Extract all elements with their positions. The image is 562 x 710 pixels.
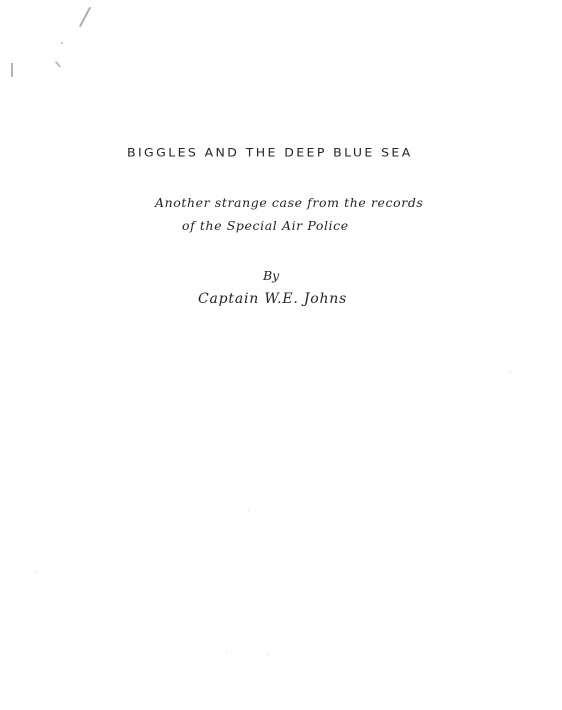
scan-speck: [226, 651, 227, 652]
scan-artifact-mark: [55, 61, 61, 67]
manuscript-page: BIGGLES AND THE DEEP BLUE SEA Another st…: [0, 0, 562, 710]
manuscript-title: BIGGLES AND THE DEEP BLUE SEA: [127, 145, 413, 159]
scan-speck: [248, 510, 249, 511]
author-name: Captain W.E. Johns: [198, 291, 347, 307]
scan-artifact-mark: [79, 7, 91, 27]
scan-speck: [36, 572, 37, 573]
scan-artifact-mark: [61, 42, 63, 44]
scan-speck: [510, 372, 511, 373]
manuscript-subtitle-line-1: Another strange case from the records: [155, 195, 423, 210]
scan-artifact-mark: [11, 63, 13, 77]
manuscript-subtitle-line-2: of the Special Air Police: [182, 218, 349, 233]
byline-label: By: [263, 268, 279, 283]
scan-speck: [268, 654, 269, 655]
